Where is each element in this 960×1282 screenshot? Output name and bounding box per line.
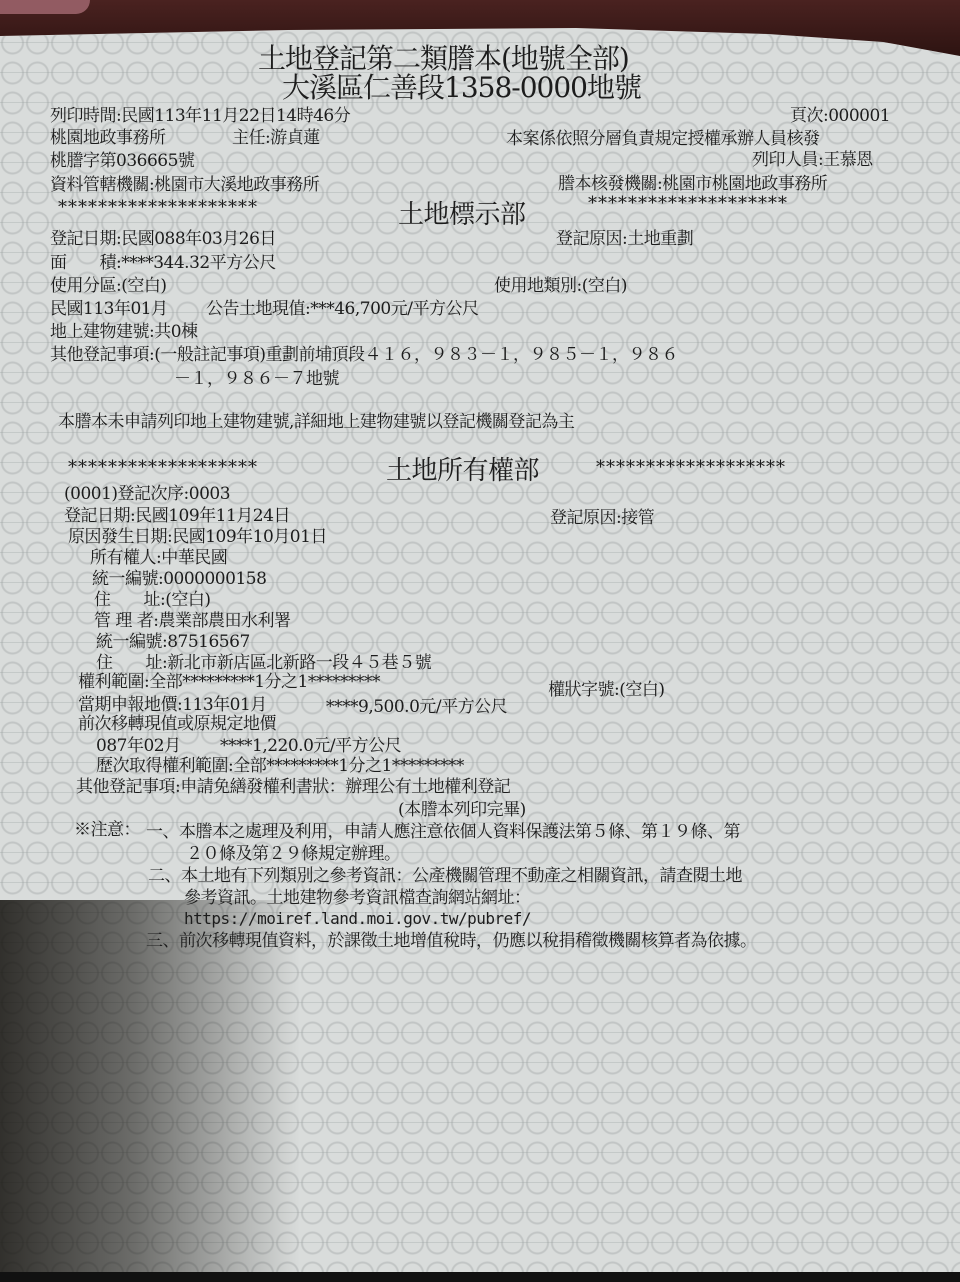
land-registry-transcript: 土地登記第二類謄本(地號全部) 大溪區仁善段1358-0000地號 列印時間:民… [0, 0, 960, 1282]
land-use-type: 使用地類別:(空白) [494, 276, 627, 296]
section-title-ownership: 土地所有權部 [386, 456, 539, 486]
owner-id: 統一編號:0000000158 [92, 569, 266, 589]
ownership-reg-date: 登記日期:民國109年11月24日 [64, 506, 290, 526]
manager: 管 理 者:農業部農田水利署 [94, 611, 291, 631]
document-number: 桃謄字第036665號 [50, 151, 194, 171]
owner-address: 住 址:(空白) [94, 590, 211, 610]
section-title-land-marking: 土地標示部 [398, 200, 526, 230]
office-name: 桃園地政事務所 [50, 128, 166, 148]
rights-scope: 權利範圍:全部*********1分之1********* [78, 672, 380, 692]
certificate-number: 權狀字號:(空白) [548, 680, 665, 700]
section-stars-right: ******************** [588, 194, 788, 214]
building-count: 地上建物建號:共0棟 [50, 322, 198, 342]
reference-url: https://moiref.land.moi.gov.tw/pubref/ [184, 909, 531, 929]
issuing-authority: 謄本核發機關:桃園市桃園地政事務所 [558, 174, 827, 194]
director: 主任:游貞蓮 [232, 128, 320, 148]
marking-other-items-line1: 其他登記事項:(一般註記事項)重劃前埔頂段４１６，９８３－１，９８５－１，９８６ [50, 345, 678, 365]
announce-period: 民國113年01月 [50, 299, 168, 319]
declared-price-value: ****9,500.0元/平方公尺 [326, 697, 507, 717]
page-number: 頁次:000001 [790, 106, 890, 126]
zoning: 使用分區:(空白) [50, 276, 167, 296]
ownership-other-items: 其他登記事項:申請免繕發權利書狀：辦理公有土地權利登記 [76, 777, 510, 797]
ownership-reg-reason: 登記原因:接管 [550, 508, 654, 528]
parcel-title: 大溪區仁善段1358-0000地號 [282, 73, 641, 103]
building-number-note: 本謄本未申請列印地上建物建號,詳細地上建物建號以登記機關登記為主 [58, 412, 574, 432]
section-stars-left: ******************** [58, 198, 258, 218]
section-stars-right: ******************* [596, 458, 786, 478]
manager-id: 統一編號:87516567 [96, 632, 250, 652]
authorization-note: 本案係依照分層負責規定授權承辦人員核發 [506, 129, 820, 149]
marking-other-items-line2: －１，９８６－７地號 [174, 369, 339, 389]
section-stars-left: ******************* [68, 458, 258, 478]
previous-value-period: 087年02月 [96, 736, 181, 756]
note-2-line2: 參考資訊。土地建物參考資訊檔查詢網站網址： [184, 888, 531, 908]
print-complete-note: (本謄本列印完畢) [398, 800, 526, 820]
note-3: 三、前次移轉現值資料，於課徵土地增值稅時，仍應以稅捐稽徵機關核算者為依據。 [146, 931, 757, 951]
cause-date: 原因發生日期:民國109年10月01日 [68, 527, 327, 547]
manager-address: 住 址:新北市新店區北新路一段４５巷５號 [96, 653, 431, 673]
registration-order: (0001)登記次序:0003 [64, 484, 230, 504]
note-2-line1: 二、本土地有下列類別之參考資訊：公產機關管理不動產之相關資訊，請查閱土地 [148, 866, 742, 886]
announced-land-value: 公告土地現值:***46,700元/平方公尺 [206, 299, 478, 319]
document-title: 土地登記第二類謄本(地號全部) [258, 44, 629, 74]
printer-name: 列印人員:王慕恩 [752, 150, 873, 170]
note-1-line1: 一、本謄本之處理及利用，申請人應注意依個人資料保護法第５條、第１９條、第 [146, 822, 740, 842]
land-area: 面 積:****344.32平方公尺 [50, 253, 276, 273]
marking-reg-reason: 登記原因:土地重劃 [556, 229, 693, 249]
previous-value-amount: ****1,220.0元/平方公尺 [220, 736, 401, 756]
data-authority: 資料管轄機關:桃園市大溪地政事務所 [50, 175, 319, 195]
owner: 所有權人:中華民國 [90, 548, 227, 568]
declared-price-label: 當期申報地價:113年01月 [78, 695, 267, 715]
note-1-line2: ２０條及第２９條規定辦理。 [186, 844, 401, 864]
print-time: 列印時間:民國113年11月22日14時46分 [50, 106, 350, 126]
historical-rights-scope: 歷次取得權利範圍:全部*********1分之1********* [96, 756, 464, 776]
marking-reg-date: 登記日期:民國088年03月26日 [50, 229, 276, 249]
notes-label: ※注意： [74, 820, 140, 840]
previous-value-label: 前次移轉現值或原規定地價 [78, 714, 276, 734]
